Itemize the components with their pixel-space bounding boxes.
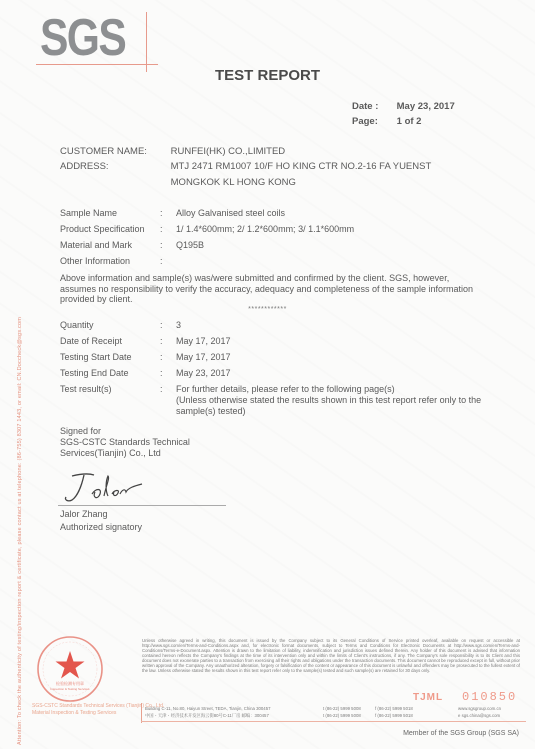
signatory: Jalor Zhang Authorized signatory xyxy=(60,508,142,534)
address-accent-bar xyxy=(141,703,142,723)
row-value: May 17, 2017 xyxy=(176,352,506,363)
detail-row: Test result(s):For further details, plea… xyxy=(60,384,506,417)
report-date: Date : May 23, 2017 xyxy=(352,101,455,112)
sample-row: Product Specification:1/ 1.4*600mm; 2/ 1… xyxy=(60,224,506,235)
detail-row: Date of Receipt:May 17, 2017 xyxy=(60,336,506,347)
customer-name-row: CUSTOMER NAME: RUNFEI(HK) CO.,LIMITED xyxy=(60,146,285,157)
row-label: Sample Name xyxy=(60,208,160,218)
footer-tel: t (86-22) 5999 5008 xyxy=(323,705,361,712)
svg-text:Inspection & Testing Services: Inspection & Testing Services xyxy=(50,687,90,691)
row-label: Date of Receipt xyxy=(60,336,160,346)
sgs-logo: SGS xyxy=(36,12,156,64)
row-label: Other Information xyxy=(60,256,160,266)
footer-web: www.sgsgroup.com.cn e sgs.china@sgs.com xyxy=(458,705,501,719)
row-label: Product Specification xyxy=(60,224,160,234)
logo-crosshair-vertical xyxy=(146,12,147,72)
row-value: Alloy Galvanised steel coils xyxy=(176,208,506,219)
detail-row: Testing End Date:May 23, 2017 xyxy=(60,368,506,379)
footer-fax-line: f (86-22) 5999 5018 xyxy=(375,705,413,712)
lab-code: TJML xyxy=(413,692,443,703)
signatory-title: Authorized signatory xyxy=(60,521,142,534)
row-label: Testing End Date xyxy=(60,368,160,378)
signing-company-line2: Services(Tianjin) Co., Ltd xyxy=(60,448,190,459)
row-label: Material and Mark xyxy=(60,240,160,250)
detail-row: Testing Start Date:May 17, 2017 xyxy=(60,352,506,363)
report-page: Page: 1 of 2 xyxy=(352,116,421,127)
row-label: Testing Start Date xyxy=(60,352,160,362)
footer-fax-line: f (86-22) 5999 5018 xyxy=(375,712,413,719)
footer-website-link[interactable]: www.sgsgroup.com.cn xyxy=(458,705,501,712)
detail-row: Quantity:3 xyxy=(60,320,506,331)
signed-for-label: Signed for xyxy=(60,426,190,437)
logo-crosshair-horizontal xyxy=(36,64,158,65)
address-line1: MTJ 2471 RM1007 10/F HO KING CTR NO.2-16… xyxy=(171,161,432,172)
address-label: ADDRESS: xyxy=(60,161,168,172)
footer-fax: f (86-22) 5999 5018 f (86-22) 5999 5018 xyxy=(375,705,413,719)
signatory-name: Jalor Zhang xyxy=(60,508,142,521)
footer-email-link[interactable]: e sgs.china@sgs.com xyxy=(458,712,501,719)
footer-address: Building C-11, No.80, Haiyun Street, TED… xyxy=(145,705,270,719)
footer-address-en: Building C-11, No.80, Haiyun Street, TED… xyxy=(145,705,270,712)
handwritten-signature xyxy=(62,472,152,506)
terms-fine-print: Unless otherwise agreed in writing, this… xyxy=(142,638,520,673)
sample-row: Material and Mark:Q195B xyxy=(60,240,506,251)
footer-tel: t (86-22) 5999 5008 xyxy=(323,712,361,719)
disclaimer-paragraph: Above information and sample(s) was/were… xyxy=(60,273,480,305)
row-value: May 23, 2017 xyxy=(176,368,506,379)
member-note: Member of the SGS Group (SGS SA) xyxy=(403,730,519,737)
separator: ************ xyxy=(0,306,535,313)
row-value: Q195B xyxy=(176,240,506,251)
report-title: TEST REPORT xyxy=(0,67,535,84)
test-result-note: (Unless otherwise stated the results sho… xyxy=(176,395,481,416)
customer-name-value: RUNFEI(HK) CO.,LIMITED xyxy=(171,146,286,157)
row-label: Test result(s) xyxy=(60,384,160,394)
company-seal: 检验检测专用章 Inspection & Testing Services xyxy=(36,635,104,703)
row-label: Quantity xyxy=(60,320,160,330)
footer-address-cn: 中国・天津・经济技术开发区海云街80号C-11厂房 邮编：300457 xyxy=(145,712,270,719)
sgs-logo-text: SGS xyxy=(40,14,125,62)
page-label: Page: xyxy=(352,116,394,127)
address-row: ADDRESS: MTJ 2471 RM1007 10/F HO KING CT… xyxy=(60,161,431,172)
signed-for-block: Signed for SGS-CSTC Standards Technical … xyxy=(60,426,190,459)
authenticity-note: Attention: To check the authenticity of … xyxy=(17,105,23,745)
test-result-line1: For further details, please refer to the… xyxy=(176,384,395,394)
date-value: May 23, 2017 xyxy=(397,101,455,112)
row-value: 3 xyxy=(176,320,506,331)
row-value: 1/ 1.4*600mm; 2/ 1.2*600mm; 3/ 1.1*600mm xyxy=(176,224,506,235)
star-icon xyxy=(56,651,85,679)
address-line2: MONGKOK KL HONG KONG xyxy=(171,177,296,188)
svg-text:检验检测专用章: 检验检测专用章 xyxy=(56,680,84,686)
date-label: Date : xyxy=(352,101,394,112)
signature-line xyxy=(58,505,226,506)
footer-phone: t (86-22) 5999 5008 t (86-22) 5999 5008 xyxy=(323,705,361,719)
footer-rule xyxy=(141,721,526,722)
customer-name-label: CUSTOMER NAME: xyxy=(60,146,168,157)
sample-row: Other Information: xyxy=(60,256,506,266)
row-value: For further details, please refer to the… xyxy=(176,384,506,417)
signing-company-line1: SGS-CSTC Standards Technical xyxy=(60,437,190,448)
address-row-2: MONGKOK KL HONG KONG xyxy=(60,177,296,188)
row-value: May 17, 2017 xyxy=(176,336,506,347)
page-value: 1 of 2 xyxy=(397,116,422,127)
serial-number: 010850 xyxy=(462,690,517,704)
sample-row: Sample Name:Alloy Galvanised steel coils xyxy=(60,208,506,219)
